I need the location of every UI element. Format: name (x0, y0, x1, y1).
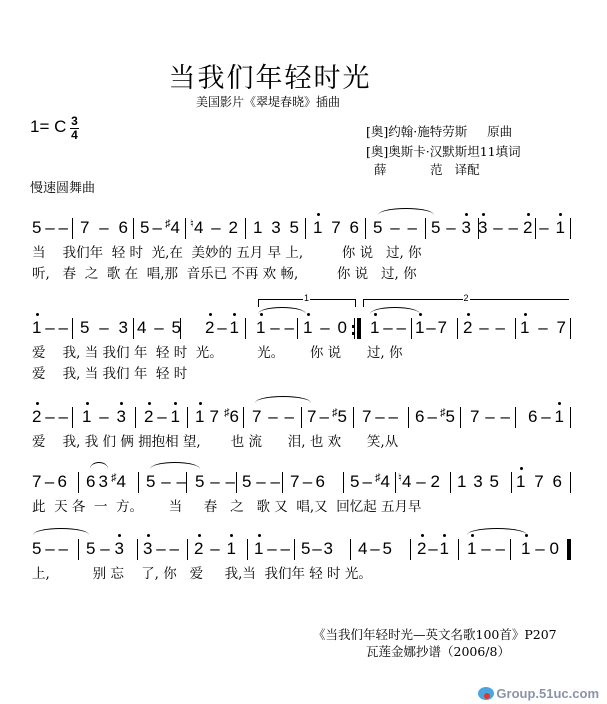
barline (515, 318, 516, 339)
note: 7 (252, 407, 261, 427)
measure: 2–1 (205, 316, 239, 338)
measure: 1–0 (303, 316, 347, 338)
note: 6 (415, 407, 424, 427)
measure: 1–– (256, 316, 294, 338)
dash: – (226, 472, 235, 492)
dash: – (153, 218, 162, 238)
measure: 5–– (146, 470, 186, 492)
measure: 5–3 (301, 537, 333, 559)
barline (410, 539, 411, 560)
note: 1 (521, 539, 530, 559)
barline (511, 472, 512, 493)
measure: 5–3 (431, 216, 471, 238)
note: 1 (253, 218, 262, 238)
dash: – (156, 539, 165, 559)
barline (294, 539, 295, 560)
dash: – (99, 318, 108, 338)
high-octave-dot-icon (36, 402, 39, 405)
barline (395, 472, 396, 493)
dash: – (161, 472, 170, 492)
note: 5 (301, 539, 310, 559)
note: 2 (229, 218, 238, 238)
measure: 7–– (362, 405, 398, 427)
note: 5 (32, 218, 41, 238)
measure: 4–5 (358, 537, 392, 559)
high-octave-dot-icon (421, 534, 424, 537)
measure: 5–3 (80, 316, 128, 338)
dash: – (428, 407, 437, 427)
barline (185, 218, 186, 239)
note: 1 (516, 472, 525, 492)
dash: – (267, 539, 276, 559)
barline (247, 539, 248, 560)
note: 5 (383, 539, 392, 559)
measure: 5–– (195, 470, 235, 492)
note: 5 (350, 472, 359, 492)
dash: – (496, 539, 505, 559)
measure: 5–– (242, 470, 280, 492)
dash: – (45, 318, 54, 338)
measure: 1–7 (415, 316, 447, 338)
barline (78, 472, 79, 493)
lyric-verse: 当 我们年 轻 时 光,在 美妙的 五月 早 上, 你 说 过, 你 (32, 241, 422, 261)
slur-icon (467, 528, 527, 535)
slur-icon (255, 396, 311, 403)
high-octave-dot-icon (482, 213, 485, 216)
dash: – (99, 407, 108, 427)
barline (450, 472, 451, 493)
note: 7 (557, 318, 566, 338)
dash: – (397, 318, 406, 338)
note: 6 (119, 218, 128, 238)
high-octave-dot-icon (558, 402, 561, 405)
barline (187, 539, 188, 560)
note: 5 (431, 218, 440, 238)
note: 0 (550, 539, 559, 559)
dash: – (496, 318, 505, 338)
dash: – (481, 539, 490, 559)
barline (458, 539, 459, 560)
note: 2 (32, 407, 41, 427)
note: 1 (32, 318, 41, 338)
barline (236, 472, 237, 493)
measure: 135 (253, 216, 299, 238)
high-octave-dot-icon (174, 402, 177, 405)
dash: – (211, 218, 220, 238)
note: 7 (470, 407, 479, 427)
dash: – (479, 318, 488, 338)
note: 1 (82, 407, 91, 427)
measure: 5–♯4 (140, 216, 180, 238)
dash: – (45, 472, 54, 492)
note: 2 (194, 539, 203, 559)
note: 5 (242, 472, 251, 492)
high-octave-dot-icon (147, 534, 150, 537)
dash: – (428, 539, 437, 559)
barline (245, 218, 246, 239)
credit-lyricist: [奥]奥斯卡·汉默斯坦11填词 (366, 142, 521, 160)
watermark-logo-icon (478, 687, 494, 700)
final-barline (567, 539, 571, 560)
high-octave-dot-icon (258, 534, 261, 537)
dash: – (408, 218, 417, 238)
credit-composer: [奥]约翰·施特劳斯 原曲 (366, 122, 512, 140)
measure: 17♯6 (195, 405, 239, 427)
barline (187, 407, 188, 428)
dash: – (99, 218, 108, 238)
barline (350, 539, 351, 560)
note: 3 (117, 407, 126, 427)
dash: – (538, 318, 547, 338)
note: 5 (140, 218, 149, 238)
dash: – (539, 218, 548, 238)
note: 7 (438, 318, 447, 338)
note: 5 (373, 218, 382, 238)
slur-icon (258, 307, 306, 314)
note: 6 (350, 218, 359, 238)
dash: – (426, 318, 435, 338)
note: 5 (490, 472, 499, 492)
slur-icon (378, 208, 434, 215)
note: 7 (331, 218, 340, 238)
high-octave-dot-icon (36, 313, 39, 316)
measure: 7–♯5 (307, 405, 347, 427)
note: 4 (358, 539, 367, 559)
note: 7 (290, 472, 299, 492)
repeat-dots-icon (352, 321, 355, 339)
dash: – (268, 407, 277, 427)
measure: 1–– (32, 316, 68, 338)
score-line: 1––5–34–52–11––1–01––1–72––1–712爱 我, 当 我… (0, 316, 607, 396)
barline (408, 407, 409, 428)
measure: 135 (457, 470, 499, 492)
volta-label: 1 (303, 293, 310, 303)
credit-translator: 薛 范 译配 (366, 160, 480, 178)
note: ♮4 (398, 471, 411, 492)
note: 3 (462, 218, 471, 238)
barline (72, 318, 73, 339)
measure: ♮4–2 (190, 216, 238, 238)
note: 1 (467, 539, 476, 559)
score-line: 5––7–65–♯4♮4–21351765––5–33––2–1当 我们年 轻 … (0, 216, 607, 296)
barline (78, 539, 79, 560)
note: ♯6 (224, 407, 239, 427)
note: 7 (362, 407, 371, 427)
note: 6 (528, 407, 537, 427)
measure: 5–– (32, 537, 68, 559)
dash: – (59, 539, 68, 559)
tempo-marking: 慢速圆舞曲 (30, 177, 95, 196)
note: 1 (415, 318, 424, 338)
note: 3 (99, 472, 108, 492)
transcriber-note: 瓦莲金娜抄谱（2006/8） (366, 642, 510, 660)
note: 1 (555, 407, 564, 427)
barline (570, 318, 571, 339)
watermark: Group.51uc.com (478, 686, 599, 701)
note: 5 (195, 472, 204, 492)
barline (133, 218, 134, 239)
barline (570, 472, 571, 493)
measure: 5–♯4 (350, 470, 390, 492)
note: 3 (324, 539, 333, 559)
song-title: 当我们年轻时光 (0, 56, 540, 95)
measure: 4–5 (137, 316, 181, 338)
note: 6 (58, 472, 67, 492)
note: 6 (316, 472, 325, 492)
note: 2 (523, 218, 532, 238)
note: 5 (32, 539, 41, 559)
note: ♯5 (332, 407, 347, 427)
dash: – (383, 318, 392, 338)
dash: – (416, 472, 425, 492)
dash: – (157, 407, 166, 427)
measure: 1–– (370, 316, 406, 338)
note: 7 (80, 218, 89, 238)
note: 2 (417, 539, 426, 559)
dash: – (271, 472, 280, 492)
barline (343, 472, 344, 493)
dash: – (177, 472, 186, 492)
dash: – (285, 318, 294, 338)
barline (180, 318, 181, 339)
dash: – (45, 539, 54, 559)
score-line: 5––5–33––2–11––5–34–52–11––1–0上, 别 忘 了, … (0, 537, 607, 617)
high-octave-dot-icon (199, 402, 202, 405)
dash: – (285, 407, 294, 427)
dash: – (312, 539, 321, 559)
dash: – (390, 218, 399, 238)
measure: 1–– (254, 537, 290, 559)
barline (282, 472, 283, 493)
time-signature: 3 4 (70, 116, 79, 141)
barline (353, 407, 354, 428)
note: 1 (195, 407, 204, 427)
measure: 5–3 (86, 537, 124, 559)
slur-icon (370, 307, 420, 314)
note: ♯4 (111, 472, 126, 492)
barline (243, 407, 244, 428)
dash: – (509, 218, 518, 238)
note: 3 (119, 318, 128, 338)
key-signature: 1= C (30, 117, 66, 137)
note: 2 (144, 407, 153, 427)
barline (425, 218, 426, 239)
measure: ♮4–2 (398, 470, 440, 492)
high-octave-dot-icon (467, 313, 470, 316)
measure: 2–1 (194, 537, 236, 559)
measure: 3–– (478, 216, 518, 238)
dash: – (59, 218, 68, 238)
note: 0 (338, 318, 347, 338)
lyric-verse: 上, 别 忘 了, 你 爱 我,当 我们年 轻 时 光。 (32, 562, 372, 582)
high-octave-dot-icon (443, 534, 446, 537)
note: 7 (307, 407, 316, 427)
note: 3 (115, 539, 124, 559)
high-octave-dot-icon (527, 213, 530, 216)
dash: – (375, 407, 384, 427)
high-octave-dot-icon (317, 213, 320, 216)
dash: – (370, 539, 379, 559)
barline (301, 407, 302, 428)
lyric-verse: 爱 我, 当 我们 年 轻 时 (32, 362, 187, 382)
high-octave-dot-icon (118, 534, 121, 537)
lyric-verse: 听, 春 之 歌 在 唱,那 音乐已 不再 欢 畅, 你 说 过, 你 (32, 262, 417, 282)
dash: – (541, 407, 550, 427)
note: ♯5 (440, 407, 455, 427)
barline (135, 407, 136, 428)
dash: – (389, 407, 398, 427)
dash: – (363, 472, 372, 492)
note: 1 (520, 318, 529, 338)
note: 1 (227, 539, 236, 559)
measure: 5–– (32, 216, 68, 238)
high-octave-dot-icon (148, 402, 151, 405)
dash: – (210, 539, 219, 559)
dash: – (270, 318, 279, 338)
barline (245, 318, 246, 339)
barline (138, 472, 139, 493)
note: 7 (210, 407, 219, 427)
dash: – (154, 318, 163, 338)
measure: 7–6 (80, 216, 128, 238)
measure: 7–– (470, 405, 510, 427)
lyric-verse: 爱 我, 我 们 俩 拥抱相 望, 也 流 泪, 也 欢 笑,从 (32, 430, 398, 450)
barline (535, 218, 536, 239)
volta-bracket: 1 (258, 299, 356, 307)
dash: – (45, 218, 54, 238)
dash: – (59, 407, 68, 427)
note: 7 (534, 472, 543, 492)
high-octave-dot-icon (233, 313, 236, 316)
high-octave-dot-icon (230, 534, 233, 537)
barline (478, 218, 479, 239)
measure: 1–7 (520, 316, 566, 338)
dash: – (45, 407, 54, 427)
measure: 2–– (32, 405, 68, 427)
slur-icon (150, 462, 200, 469)
note: 1 (254, 539, 263, 559)
dash: – (493, 218, 502, 238)
barline (137, 539, 138, 560)
note: 1 (440, 539, 449, 559)
high-octave-dot-icon (120, 402, 123, 405)
high-octave-dot-icon (209, 313, 212, 316)
measure: 2–1 (523, 216, 565, 238)
high-octave-dot-icon (86, 402, 89, 405)
measure: 1–– (467, 537, 505, 559)
measure: 176 (313, 216, 359, 238)
barline (72, 407, 73, 428)
dash: – (59, 318, 68, 338)
note: 7 (32, 472, 41, 492)
note: 3 (271, 218, 280, 238)
dash: – (217, 318, 226, 338)
barline (365, 218, 366, 239)
lyric-verse: 此 天 各 一 方。 当 春 之 歌 又 唱,又 回忆起 五月早 (32, 495, 422, 515)
dash: – (170, 539, 179, 559)
volta-label: 2 (463, 293, 470, 303)
measure: 2–1 (417, 537, 449, 559)
note: 1 (370, 318, 379, 338)
note: 1 (303, 318, 312, 338)
dash: – (281, 539, 290, 559)
note: 2 (205, 318, 214, 338)
dash: – (256, 472, 265, 492)
barline (411, 318, 412, 339)
measure: 3–– (143, 537, 179, 559)
measure: 2–1 (144, 405, 180, 427)
note: 5 (80, 318, 89, 338)
note: 6 (553, 472, 562, 492)
high-octave-dot-icon (524, 313, 527, 316)
slur-icon (90, 462, 108, 469)
measure: 1–0 (521, 537, 559, 559)
barline (297, 318, 298, 339)
barline (72, 218, 73, 239)
high-octave-dot-icon (198, 534, 201, 537)
note: 1 (556, 218, 565, 238)
measure: 5–– (373, 216, 417, 238)
note: 1 (313, 218, 322, 238)
measure: 7–– (252, 405, 294, 427)
high-octave-dot-icon (307, 313, 310, 316)
dash: – (485, 407, 494, 427)
barline (570, 218, 571, 239)
note: 3 (473, 472, 482, 492)
note: 3 (143, 539, 152, 559)
barline (305, 218, 306, 239)
note: 4 (137, 318, 146, 338)
watermark-text: Group.51uc.com (496, 686, 599, 701)
measure: 63♯4 (86, 470, 126, 492)
lyric-verse: 爱 我, 当 我们 年 轻 时 光。 光。 你 说 过, 你 (32, 341, 403, 361)
barline (186, 472, 187, 493)
note: 1 (256, 318, 265, 338)
note: 3 (478, 218, 487, 238)
measure: 7–6 (32, 470, 67, 492)
dash: – (210, 472, 219, 492)
note: 2 (431, 472, 440, 492)
high-octave-dot-icon (465, 213, 468, 216)
measure: 7–6 (290, 470, 325, 492)
barline (133, 318, 134, 339)
measure: 2–– (463, 316, 505, 338)
barline (510, 539, 511, 560)
barline (460, 407, 461, 428)
dash: – (320, 407, 329, 427)
note: 1 (171, 407, 180, 427)
note: 5 (86, 539, 95, 559)
note: ♯4 (165, 218, 180, 238)
barline (457, 318, 458, 339)
volta-bracket: 2 (363, 299, 569, 307)
note: 6 (86, 472, 95, 492)
repeat-end-barline (357, 318, 361, 339)
song-subtitle: 美国影片《翠堤春晓》插曲 (0, 93, 536, 110)
note: 5 (146, 472, 155, 492)
barline (570, 407, 571, 428)
dash: – (100, 539, 109, 559)
dash: – (446, 218, 455, 238)
barline (515, 407, 516, 428)
note: 1 (457, 472, 466, 492)
slur-icon (33, 528, 89, 535)
dash: – (303, 472, 312, 492)
measure: 1–3 (82, 405, 126, 427)
note: 1 (230, 318, 239, 338)
high-octave-dot-icon (520, 467, 523, 470)
measure: 176 (516, 470, 562, 492)
